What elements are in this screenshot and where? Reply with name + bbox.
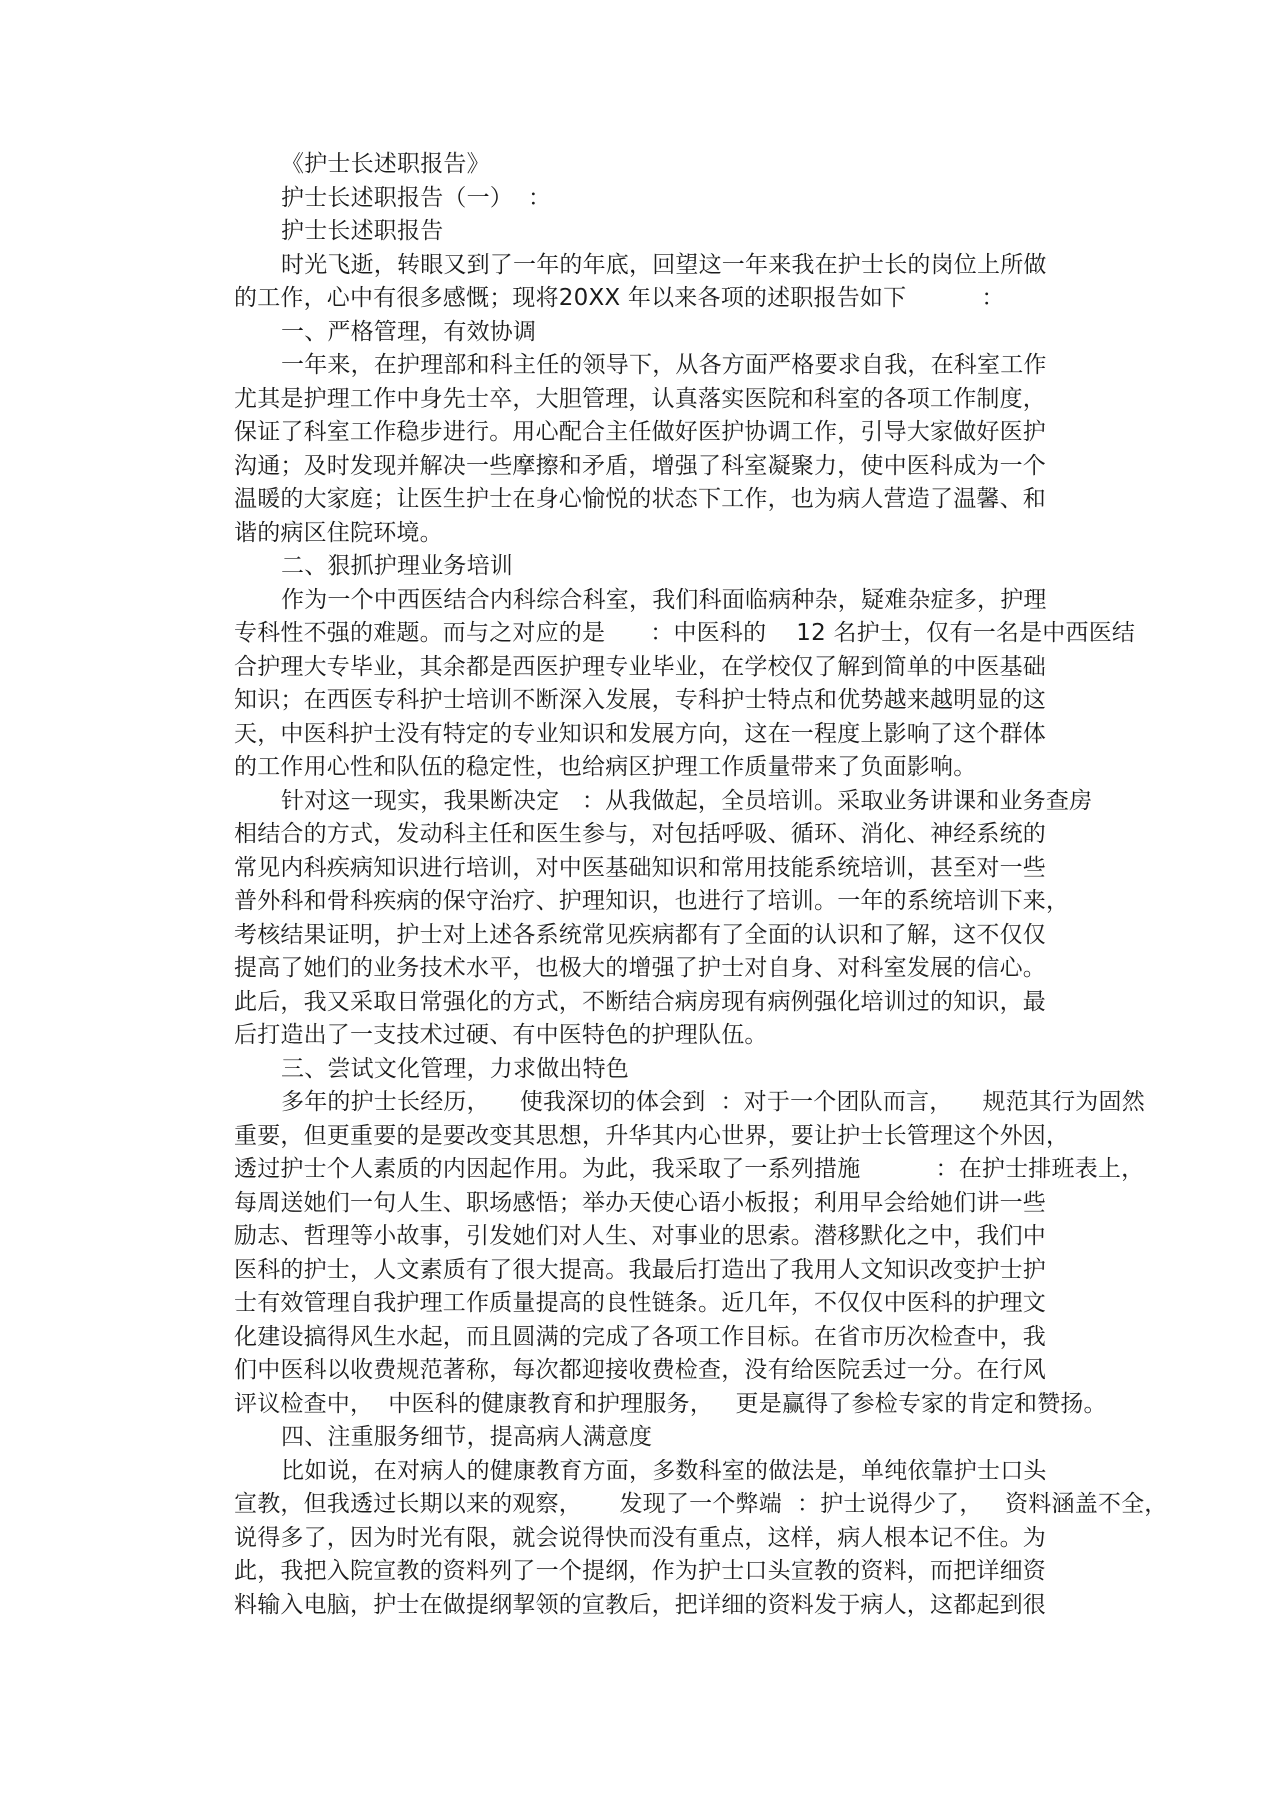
text-line: 说得多了，因为时光有限，就会说得快而没有重点，这样，病人根本记不住。为: [234, 1522, 1114, 1556]
text-line: 谐的病区住院环境。: [234, 517, 1114, 551]
text-line: 专科性不强的难题。而与之对应的是 ：中医科的 12 名护士，仅有一名是中西医结: [234, 617, 1114, 651]
document-body: 《护士长述职报告》护士长述职报告（一） ：护士长述职报告时光飞逝，转眼又到了一年…: [234, 148, 1114, 1622]
text-line: 透过护士个人素质的内因起作用。为此，我采取了一系列措施 ：在护士排班表上，: [234, 1153, 1114, 1187]
text-line: 一年来，在护理部和科主任的领导下，从各方面严格要求自我，在科室工作: [234, 349, 1114, 383]
text-line: 尤其是护理工作中身先士卒，大胆管理，认真落实医院和科室的各项工作制度，: [234, 383, 1114, 417]
text-line: 评议检查中， 中医科的健康教育和护理服务， 更是赢得了参检专家的肯定和赞扬。: [234, 1388, 1114, 1422]
text-line: 合护理大专毕业，其余都是西医护理专业毕业，在学校仅了解到简单的中医基础: [234, 651, 1114, 685]
text-line: 化建设搞得风生水起，而且圆满的完成了各项工作目标。在省市历次检查中，我: [234, 1321, 1114, 1355]
text-line: 作为一个中西医结合内科综合科室，我们科面临病种杂，疑难杂症多，护理: [234, 584, 1114, 618]
text-line: 针对这一现实，我果断决定 ：从我做起，全员培训。采取业务讲课和业务查房: [234, 785, 1114, 819]
text-line: 常见内科疾病知识进行培训，对中医基础知识和常用技能系统培训，甚至对一些: [234, 852, 1114, 886]
text-line: 保证了科室工作稳步进行。用心配合主任做好医护协调工作，引导大家做好医护: [234, 416, 1114, 450]
text-line: 多年的护士长经历， 使我深切的体会到 ：对于一个团队而言， 规范其行为固然: [234, 1086, 1114, 1120]
text-line: 《护士长述职报告》: [234, 148, 1114, 182]
text-line: 相结合的方式，发动科主任和医生参与，对包括呼吸、循环、消化、神经系统的: [234, 818, 1114, 852]
text-line: 的工作，心中有很多感慨；现将20XX 年以来各项的述职报告如下 ：: [234, 282, 1114, 316]
text-line: 知识；在西医专科护士培训不断深入发展，专科护士特点和优势越来越明显的这: [234, 684, 1114, 718]
text-line: 料输入电脑，护士在做提纲挈领的宣教后，把详细的资料发于病人，这都起到很: [234, 1589, 1114, 1623]
text-line: 每周送她们一句人生、职场感悟；举办天使心语小板报；利用早会给她们讲一些: [234, 1187, 1114, 1221]
text-line: 沟通；及时发现并解决一些摩擦和矛盾，增强了科室凝聚力，使中医科成为一个: [234, 450, 1114, 484]
text-line: 重要，但更重要的是要改变其思想，升华其内心世界，要让护士长管理这个外因，: [234, 1120, 1114, 1154]
text-line: 一、严格管理，有效协调: [234, 316, 1114, 350]
text-line: 宣教，但我透过长期以来的观察， 发现了一个弊端 ：护士说得少了， 资料涵盖不全，: [234, 1488, 1114, 1522]
text-line: 医科的护士，人文素质有了很大提高。我最后打造出了我用人文知识改变护士护: [234, 1254, 1114, 1288]
text-line: 提高了她们的业务技术水平，也极大的增强了护士对自身、对科室发展的信心。: [234, 952, 1114, 986]
text-line: 们中医科以收费规范著称，每次都迎接收费检查，没有给医院丢过一分。在行风: [234, 1354, 1114, 1388]
text-line: 普外科和骨科疾病的保守治疗、护理知识，也进行了培训。一年的系统培训下来，: [234, 885, 1114, 919]
text-line: 护士长述职报告: [234, 215, 1114, 249]
text-line: 此，我把入院宣教的资料列了一个提纲，作为护士口头宣教的资料，而把详细资: [234, 1555, 1114, 1589]
text-line: 后打造出了一支技术过硬、有中医特色的护理队伍。: [234, 1019, 1114, 1053]
document-page: 《护士长述职报告》护士长述职报告（一） ：护士长述职报告时光飞逝，转眼又到了一年…: [0, 0, 1274, 1804]
text-line: 四、注重服务细节，提高病人满意度: [234, 1421, 1114, 1455]
text-line: 温暖的大家庭；让医生护士在身心愉悦的状态下工作，也为病人营造了温馨、和: [234, 483, 1114, 517]
text-line: 励志、哲理等小故事，引发她们对人生、对事业的思索。潜移默化之中，我们中: [234, 1220, 1114, 1254]
text-line: 的工作用心性和队伍的稳定性，也给病区护理工作质量带来了负面影响。: [234, 751, 1114, 785]
text-line: 时光飞逝，转眼又到了一年的年底，回望这一年来我在护士长的岗位上所做: [234, 249, 1114, 283]
text-line: 比如说，在对病人的健康教育方面，多数科室的做法是，单纯依靠护士口头: [234, 1455, 1114, 1489]
text-line: 士有效管理自我护理工作质量提高的良性链条。近几年，不仅仅中医科的护理文: [234, 1287, 1114, 1321]
text-line: 二、狠抓护理业务培训: [234, 550, 1114, 584]
text-line: 考核结果证明，护士对上述各系统常见疾病都有了全面的认识和了解，这不仅仅: [234, 919, 1114, 953]
text-line: 护士长述职报告（一） ：: [234, 182, 1114, 216]
text-line: 三、尝试文化管理，力求做出特色: [234, 1053, 1114, 1087]
text-line: 天，中医科护士没有特定的专业知识和发展方向，这在一程度上影响了这个群体: [234, 718, 1114, 752]
text-line: 此后，我又采取日常强化的方式，不断结合病房现有病例强化培训过的知识，最: [234, 986, 1114, 1020]
